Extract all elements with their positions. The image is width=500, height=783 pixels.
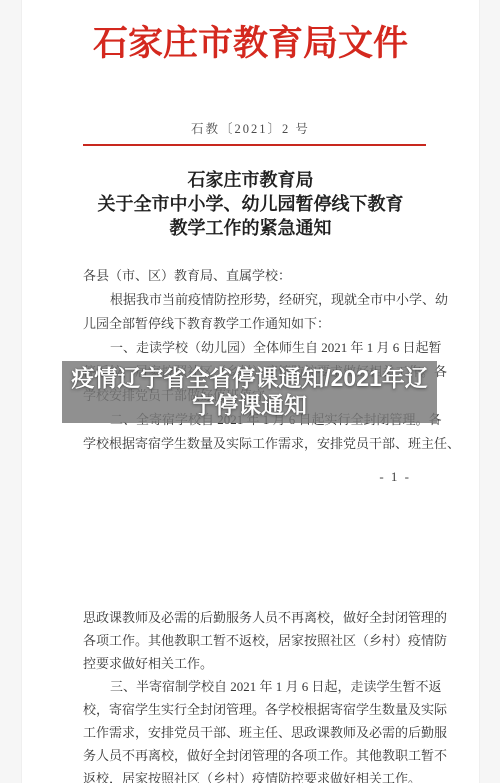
body-line: 工作需求，安排党员干部、班主任、思政课教师及必需的后勤服	[83, 721, 435, 744]
caption-overlay-banner: 疫情辽宁省全省停课通知/2021年辽宁停课通知	[62, 361, 437, 423]
page2-body: 思政课教师及必需的后勤服务人员不再离校，做好全封闭管理的 各项工作。其他教职工暂…	[83, 606, 435, 783]
red-divider	[83, 144, 426, 146]
body-line: 校，寄宿学生实行全封闭管理。各学校根据寄宿学生数量及实际	[83, 698, 435, 721]
notice-title-line1: 石家庄市教育局	[22, 168, 479, 192]
body-line: 各县（市、区）教育局、直属学校：	[83, 264, 435, 288]
body-line: 学校根据寄宿学生数量及实际工作需求，安排党员干部、班主任、	[83, 432, 435, 456]
body-line: 一、走读学校（幼儿园）全体师生自 2021 年 1 月 6 日起暂	[83, 336, 435, 360]
page1-body: 各县（市、区）教育局、直属学校： 根据我市当前疫情防控形势，经研究，现就全市中小…	[83, 264, 435, 456]
notice-title-line3: 教学工作的紧急通知	[22, 216, 479, 240]
caption-overlay-text: 疫情辽宁省全省停课通知/2021年辽宁停课通知	[64, 365, 435, 419]
page-background: 石家庄市教育局文件 石教〔2021〕2 号 石家庄市教育局 关于全市中小学、幼儿…	[0, 0, 500, 783]
notice-title: 石家庄市教育局 关于全市中小学、幼儿园暂停线下教育 教学工作的紧急通知	[22, 168, 479, 240]
body-line: 儿园全部暂停线下教育教学工作通知如下：	[83, 312, 435, 336]
page-number: - 1 -	[379, 469, 411, 485]
notice-title-line2: 关于全市中小学、幼儿园暂停线下教育	[22, 192, 479, 216]
body-line: 务人员不再离校，做好全封闭管理的各项工作。其他教职工暂不	[83, 744, 435, 767]
document-number: 石教〔2021〕2 号	[22, 119, 479, 137]
body-line: 三、半寄宿制学校自 2021 年 1 月 6 日起，走读学生暂不返	[83, 675, 435, 698]
letterhead-title: 石家庄市教育局文件	[22, 16, 479, 66]
body-line: 各项工作。其他教职工暂不返校，居家按照社区（乡村）疫情防	[83, 629, 435, 652]
body-line: 控要求做好相关工作。	[83, 652, 435, 675]
body-line: 思政课教师及必需的后勤服务人员不再离校，做好全封闭管理的	[83, 606, 435, 629]
body-line: 根据我市当前疫情防控形势，经研究，现就全市中小学、幼	[83, 288, 435, 312]
body-line: 返校，居家按照社区（乡村）疫情防控要求做好相关工作。	[83, 767, 435, 783]
